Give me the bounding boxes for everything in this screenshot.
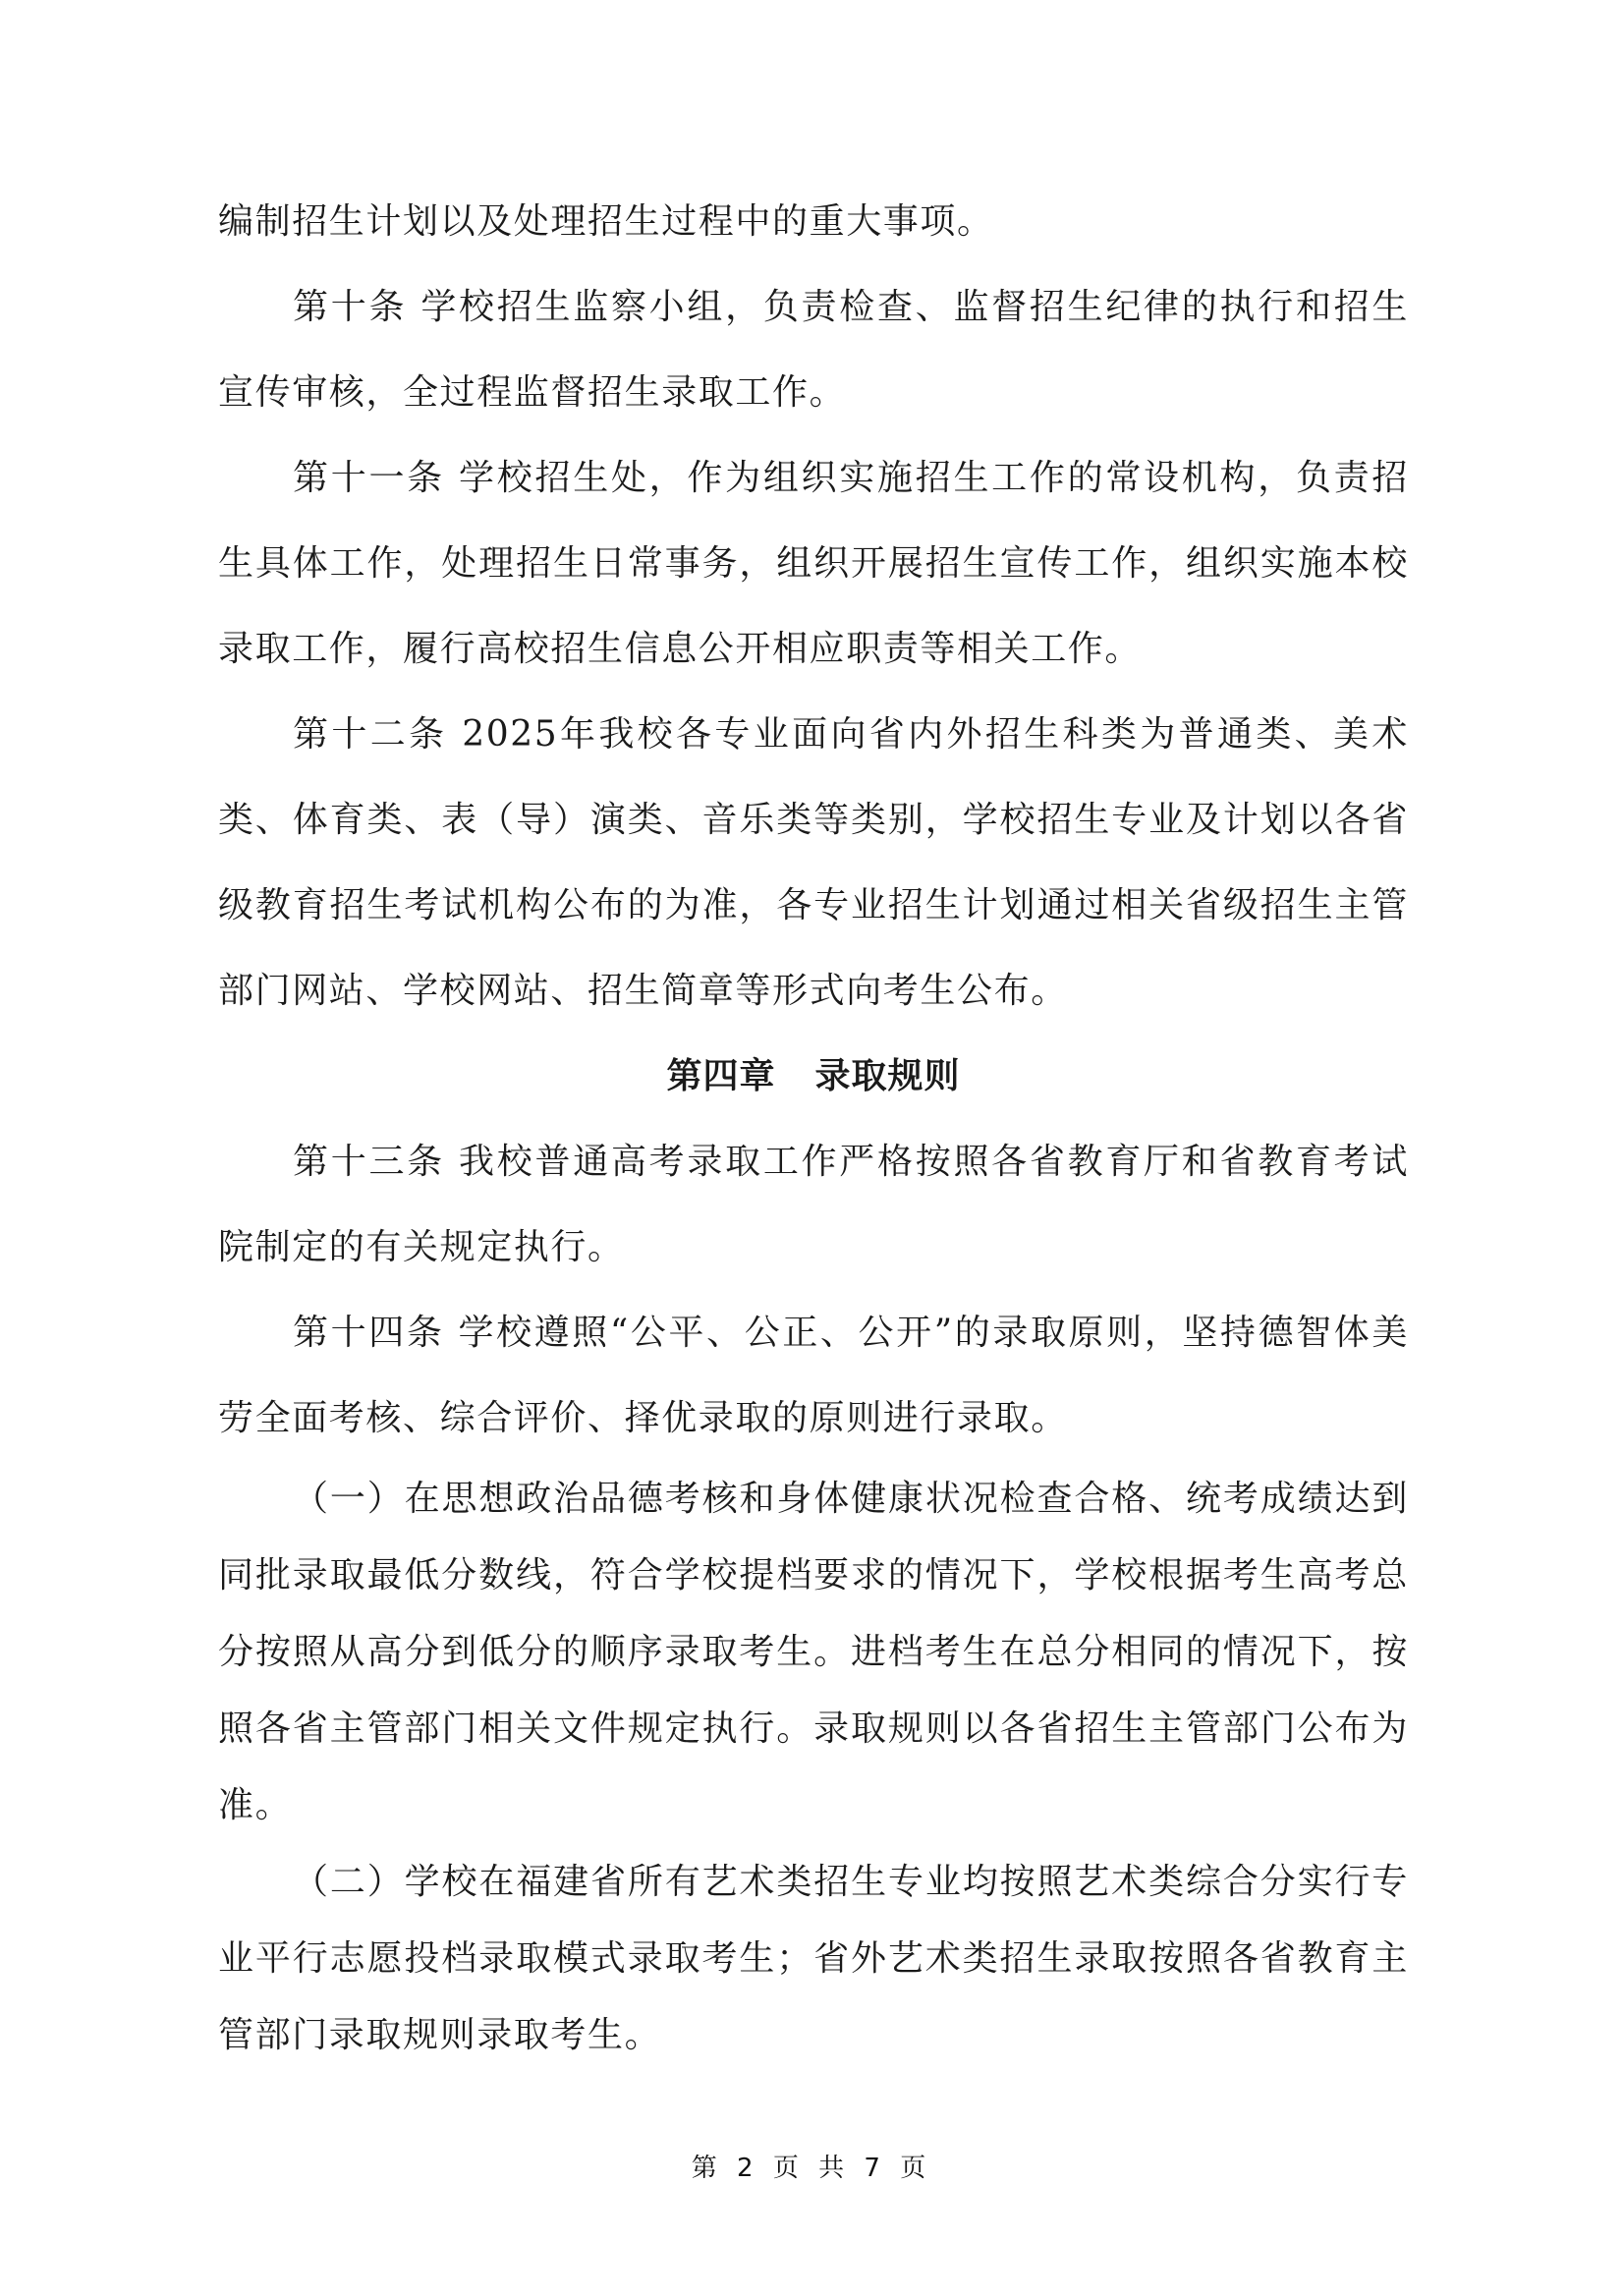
article-13: 第十三条 我校普通高考录取工作严格按照各省教育厅和省教育考试院制定的有关规定执行… [218,1119,1409,1290]
paragraph-continuation: 编制招生计划以及处理招生过程中的重大事项。 [218,179,1409,264]
document-page: 编制招生计划以及处理招生过程中的重大事项。 第十条 学校招生监察小组，负责检查、… [0,0,1623,2296]
page-footer: 第 2 页 共 7 页 [0,2148,1623,2184]
sub-item-1: （一）在思想政治品德考核和身体健康状况检查合格、统考成绩达到同批录取最低分数线，… [218,1461,1409,1844]
page-body: 编制招生计划以及处理招生过程中的重大事项。 第十条 学校招生监察小组，负责检查、… [218,179,1409,2074]
article-12: 第十二条 2025年我校各专业面向省内外招生科类为普通类、美术类、体育类、表（导… [218,692,1409,1034]
chapter-heading: 第四章录取规则 [218,1034,1409,1119]
chapter-number: 第四章 [666,1056,775,1096]
article-11: 第十一条 学校招生处，作为组织实施招生工作的常设机构，负责招生具体工作，处理招生… [218,435,1409,692]
article-14: 第十四条 学校遵照“公平、公正、公开”的录取原则，坚持德智体美劳全面考核、综合评… [218,1290,1409,1461]
chapter-title: 录取规则 [815,1056,961,1096]
sub-item-2: （二）学校在福建省所有艺术类招生专业均按照艺术类综合分实行专业平行志愿投档录取模… [218,1844,1409,2074]
article-10: 第十条 学校招生监察小组，负责检查、监督招生纪律的执行和招生宣传审核，全过程监督… [218,264,1409,435]
